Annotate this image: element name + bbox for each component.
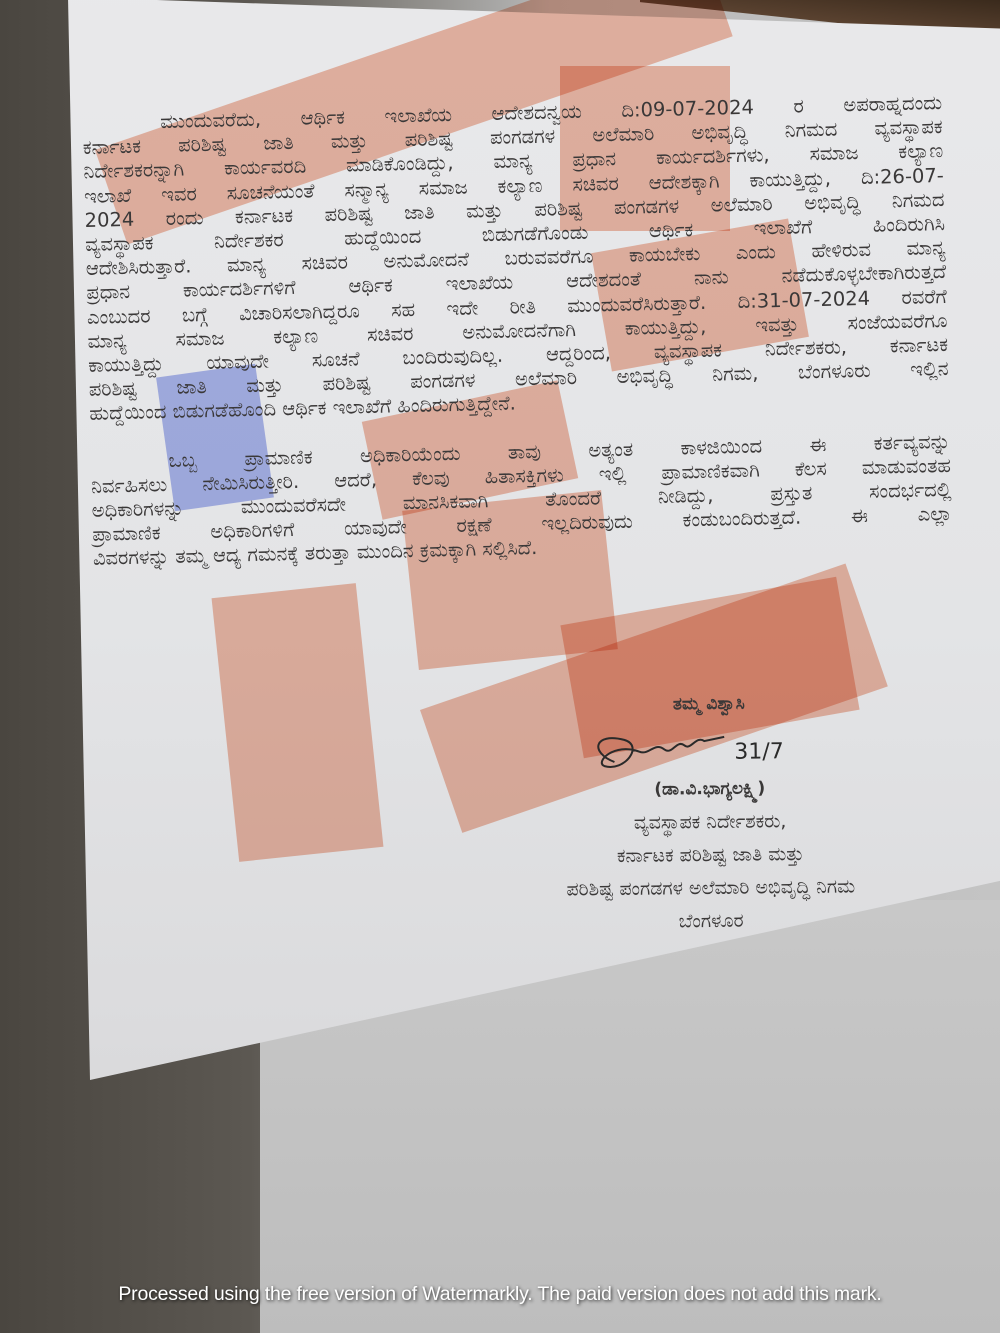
signature-block: ತಮ್ಮ ವಿಶ್ವಾಸಿ 31/7 (ಡಾ.ವಿ.ಭಾಗ್ಯಲಕ್ಷ್ಮಿ) … <box>479 686 942 941</box>
letter-body: ಮುಂದುವರೆದು, ಆರ್ಥಿಕ ಇಲಾಖೆಯ ಆದೇಶದನ್ವಯ ದಿ:0… <box>82 91 954 596</box>
paragraph-1: ಮುಂದುವರೆದು, ಆರ್ಥಿಕ ಇಲಾಖೆಯ ಆದೇಶದನ್ವಯ ದಿ:0… <box>82 91 949 427</box>
signature-icon: 31/7 <box>584 720 825 779</box>
designation-line: ವ್ಯವಸ್ಥಾಪಕ ನಿರ್ದೇಶಕರು, <box>480 804 940 842</box>
handwritten-signature: 31/7 <box>479 719 940 776</box>
svg-text:31/7: 31/7 <box>734 739 784 765</box>
designation-line: ಪರಿಶಿಷ್ಟ ಪಂಗಡಗಳ ಅಲೆಮಾರಿ ಅಭಿವೃದ್ಧಿ ನಿಗಮ <box>481 870 941 908</box>
designation-line: ಕರ್ನಾಟಕ ಪರಿಶಿಷ್ಟ ಜಾತಿ ಮತ್ತು <box>480 837 940 875</box>
paragraph-2: ಒಬ್ಬ ಪ್ರಾಮಾಣಿಕ ಅಧಿಕಾರಿಯೆಂದು ತಾವು ಅತ್ಯಂತ … <box>90 430 953 572</box>
designation-line: ಬೆಂಗಳೂರ <box>481 903 941 941</box>
highlight-overlay <box>212 583 384 862</box>
closing-salutation: ತಮ್ಮ ವಿಶ್ವಾಸಿ <box>479 686 939 724</box>
watermark-caption: Processed using the free version of Wate… <box>0 1283 1000 1306</box>
